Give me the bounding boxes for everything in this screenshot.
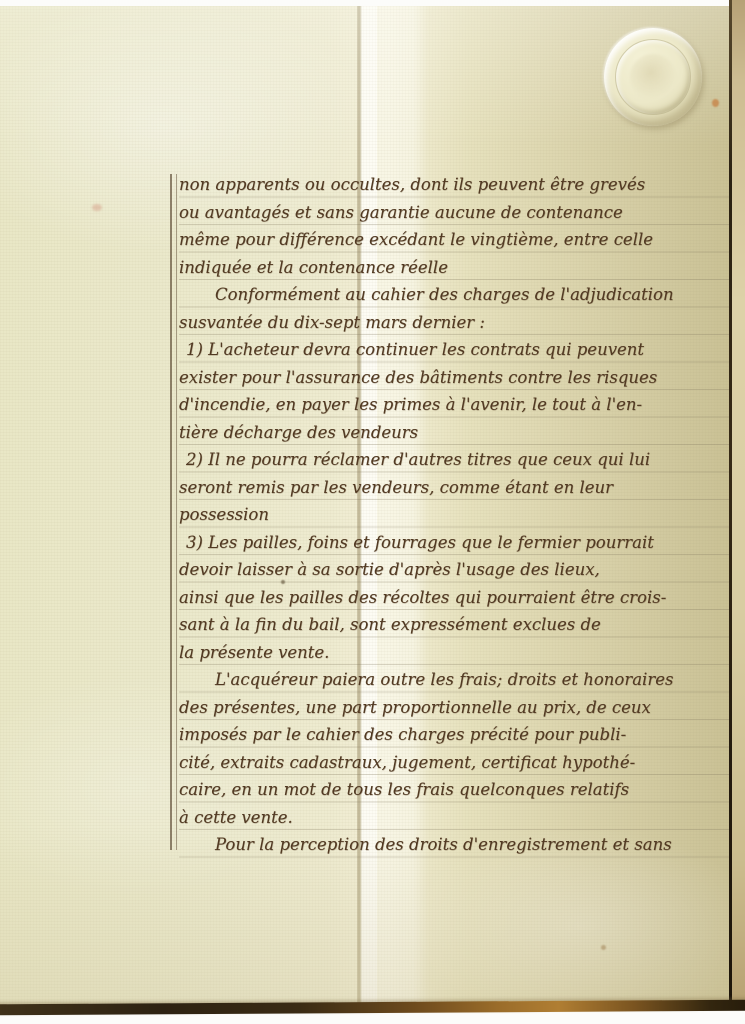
manuscript-line: L'acquéreur paiera outre les frais; droi… — [179, 666, 735, 694]
underlying-page-edge — [732, 0, 745, 1010]
manuscript-line: susvantée du dix-sept mars dernier : — [179, 309, 735, 337]
small-stain — [601, 945, 606, 950]
document-scan: non apparents ou occultes, dont ils peuv… — [0, 0, 745, 1024]
embossed-seal — [604, 28, 702, 126]
handwritten-text-block: non apparents ou occultes, dont ils peuv… — [179, 171, 735, 859]
manuscript-line: des présentes, une part proportionnelle … — [179, 694, 735, 722]
manuscript-page: non apparents ou occultes, dont ils peuv… — [0, 6, 745, 1006]
manuscript-line: la présente vente. — [179, 639, 735, 667]
manuscript-line: Conformément au cahier des charges de l'… — [179, 281, 735, 309]
manuscript-line: même pour différence excédant le vingtiè… — [179, 226, 735, 254]
manuscript-line: non apparents ou occultes, dont ils peuv… — [179, 171, 735, 199]
margin-rule-line — [170, 174, 177, 850]
manuscript-line: possession — [179, 501, 735, 529]
manuscript-line: seront remis par les vendeurs, comme éta… — [179, 474, 735, 502]
manuscript-line: indiquée et la contenance réelle — [179, 254, 735, 282]
manuscript-line: devoir laisser à sa sortie d'après l'usa… — [179, 556, 735, 584]
manuscript-line: imposés par le cahier des charges précit… — [179, 721, 735, 749]
rust-stain — [712, 99, 719, 107]
manuscript-line: ou avantagés et sans garantie aucune de … — [179, 199, 735, 227]
manuscript-line: 3) Les pailles, foins et fourrages que l… — [179, 529, 735, 557]
embossed-seal-core — [630, 54, 676, 100]
manuscript-line: ainsi que les pailles des récoltes qui p… — [179, 584, 735, 612]
manuscript-line: caire, en un mot de tous les frais quelc… — [179, 776, 735, 804]
manuscript-line: à cette vente. — [179, 804, 735, 832]
manuscript-line: exister pour l'assurance des bâtiments c… — [179, 364, 735, 392]
manuscript-line: 2) Il ne pourra réclamer d'autres titres… — [179, 446, 735, 474]
manuscript-line: cité, extraits cadastraux, jugement, cer… — [179, 749, 735, 777]
faint-stain — [92, 204, 102, 211]
manuscript-line: Pour la perception des droits d'enregist… — [179, 831, 735, 859]
manuscript-line: sant à la fin du bail, sont expressément… — [179, 611, 735, 639]
manuscript-line: d'incendie, en payer les primes à l'aven… — [179, 391, 735, 419]
manuscript-line: 1) L'acheteur devra continuer les contra… — [179, 336, 735, 364]
manuscript-line: tière décharge des vendeurs — [179, 419, 735, 447]
